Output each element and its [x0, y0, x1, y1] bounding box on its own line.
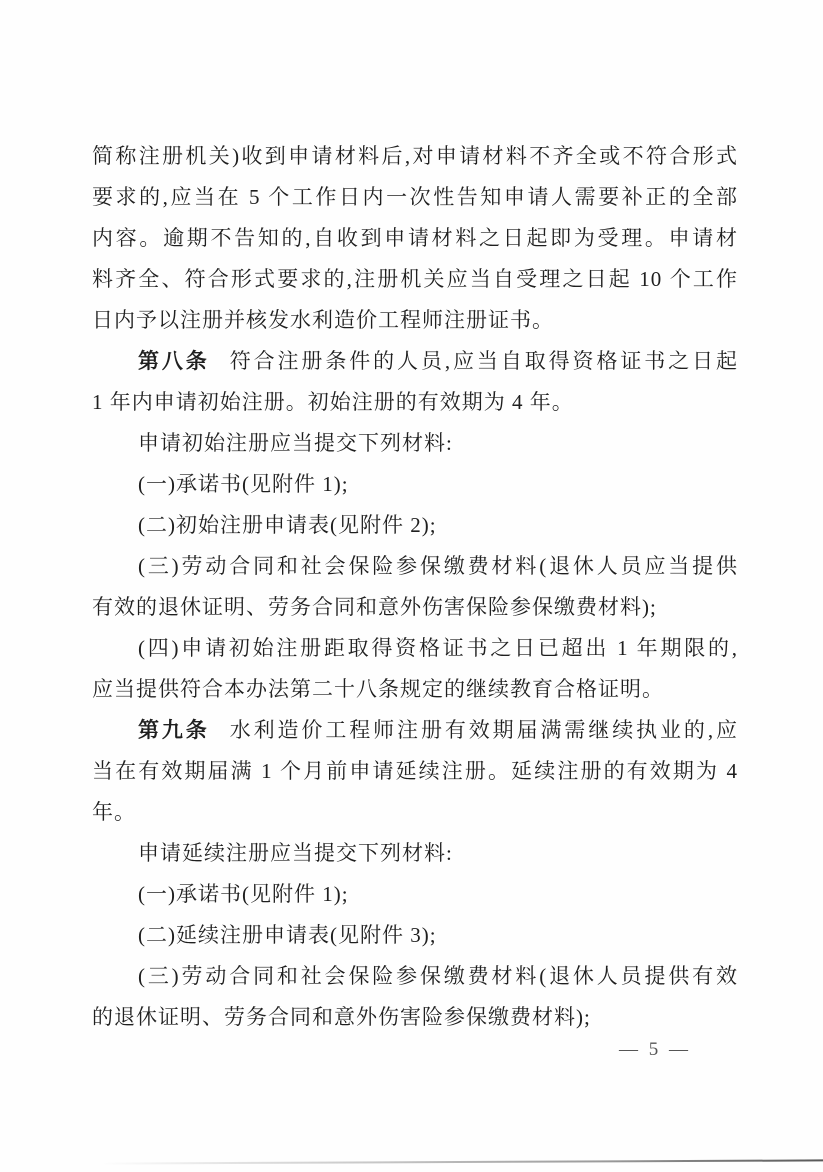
line-text: 有效的退休证明、劳务合同和意外伤害保险参保缴费材料); [92, 595, 657, 619]
text-line-list-item: (三)劳动合同和社会保险参保缴费材料(退休人员应当提供 [92, 546, 738, 587]
text-line: 年。 [92, 792, 738, 833]
line-text: 申请延续注册应当提交下列材料: [138, 841, 453, 865]
text-line: 的退休证明、劳务合同和意外伤害险参保缴费材料); [92, 997, 738, 1038]
scanned-document-page: { "page": { "page_number": "— 5 —", "bac… [0, 0, 823, 1172]
line-text: (三)劳动合同和社会保险参保缴费材料(退休人员提供有效 [138, 964, 738, 988]
text-line: 要求的,应当在 5 个工作日内一次性告知申请人需要补正的全部 [92, 177, 738, 218]
text-line-list-item: (一)承诺书(见附件 1); [92, 874, 738, 915]
line-text: 料齐全、符合形式要求的,注册机关应当自受理之日起 10 个工作 [92, 267, 738, 291]
line-text: 日内予以注册并核发水利造价工程师注册证书。 [92, 308, 554, 332]
text-line: 日内予以注册并核发水利造价工程师注册证书。 [92, 300, 738, 341]
text-line: 料齐全、符合形式要求的,注册机关应当自受理之日起 10 个工作 [92, 259, 738, 300]
line-text: (二)初始注册申请表(见附件 2); [138, 513, 437, 537]
page-number: — 5 — [600, 1035, 710, 1065]
text-line: 1 年内申请初始注册。初始注册的有效期为 4 年。 [92, 382, 738, 423]
text-line-list-item: (四)申请初始注册距取得资格证书之日已超出 1 年期限的, [92, 628, 738, 669]
text-line: 申请初始注册应当提交下列材料: [92, 423, 738, 464]
text-line-list-item: (一)承诺书(见附件 1); [92, 464, 738, 505]
text-line: 内容。逾期不告知的,自收到申请材料之日起即为受理。申请材 [92, 218, 738, 259]
line-text: 简称注册机关)收到申请材料后,对申请材料不齐全或不符合形式 [92, 144, 738, 168]
line-text: (四)申请初始注册距取得资格证书之日已超出 1 年期限的, [138, 636, 738, 660]
line-text: 年。 [92, 800, 136, 824]
document-page: 简称注册机关)收到申请材料后,对申请材料不齐全或不符合形式 要求的,应当在 5 … [0, 0, 823, 1172]
text-line-article-9: 第九条水利造价工程师注册有效期届满需继续执业的,应 [92, 710, 738, 751]
text-line: 申请延续注册应当提交下列材料: [92, 833, 738, 874]
line-text: 符合注册条件的人员,应当自取得资格证书之日起 [230, 349, 738, 373]
article-number-bold: 第九条 [138, 718, 210, 742]
text-line-list-item: (二)延续注册申请表(见附件 3); [92, 915, 738, 956]
line-text: 内容。逾期不告知的,自收到申请材料之日起即为受理。申请材 [92, 226, 738, 250]
line-text: (三)劳动合同和社会保险参保缴费材料(退休人员应当提供 [138, 554, 738, 578]
line-text: 应当提供符合本办法第二十八条规定的继续教育合格证明。 [92, 677, 664, 701]
text-line-article-8: 第八条符合注册条件的人员,应当自取得资格证书之日起 [92, 341, 738, 382]
document-text-block: 简称注册机关)收到申请材料后,对申请材料不齐全或不符合形式 要求的,应当在 5 … [92, 136, 738, 1038]
article-number-bold: 第八条 [138, 349, 210, 373]
text-line-list-item: (二)初始注册申请表(见附件 2); [92, 505, 738, 546]
line-text: 申请初始注册应当提交下列材料: [138, 431, 453, 455]
line-text: 当在有效期届满 1 个月前申请延续注册。延续注册的有效期为 4 [92, 759, 738, 783]
line-text: 要求的,应当在 5 个工作日内一次性告知申请人需要补正的全部 [92, 185, 738, 209]
line-text: (一)承诺书(见附件 1); [138, 882, 349, 906]
line-text: 1 年内申请初始注册。初始注册的有效期为 4 年。 [92, 390, 574, 414]
line-text: (一)承诺书(见附件 1); [138, 472, 349, 496]
line-text: 水利造价工程师注册有效期届满需继续执业的,应 [230, 718, 738, 742]
line-text: 的退休证明、劳务合同和意外伤害险参保缴费材料); [92, 1005, 591, 1029]
scan-edge-artifact [100, 1159, 823, 1164]
line-text: (二)延续注册申请表(见附件 3); [138, 923, 437, 947]
text-line: 应当提供符合本办法第二十八条规定的继续教育合格证明。 [92, 669, 738, 710]
text-line: 有效的退休证明、劳务合同和意外伤害保险参保缴费材料); [92, 587, 738, 628]
text-line-list-item: (三)劳动合同和社会保险参保缴费材料(退休人员提供有效 [92, 956, 738, 997]
text-line: 当在有效期届满 1 个月前申请延续注册。延续注册的有效期为 4 [92, 751, 738, 792]
text-line: 简称注册机关)收到申请材料后,对申请材料不齐全或不符合形式 [92, 136, 738, 177]
